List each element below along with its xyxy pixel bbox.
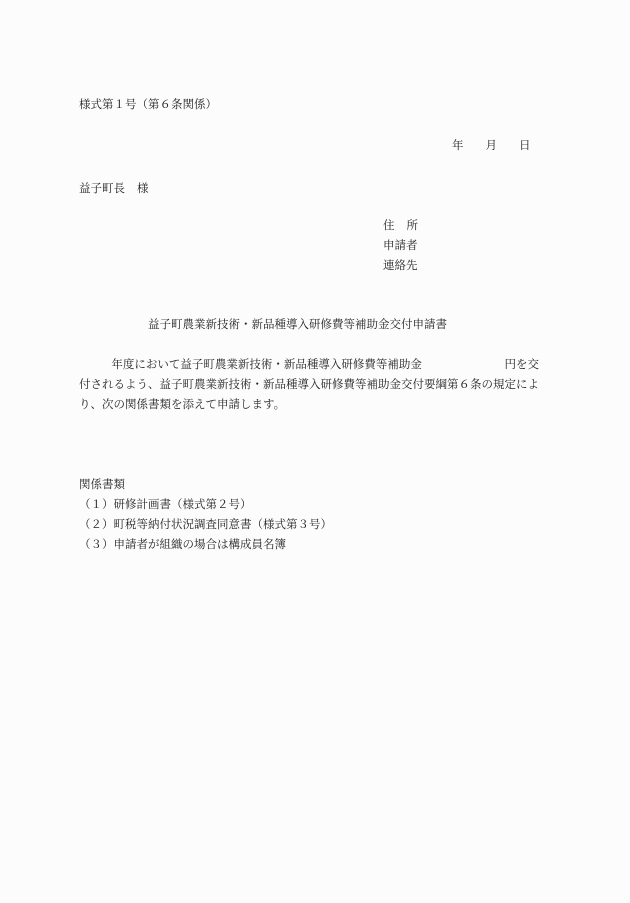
form-number: 様式第１号（第６条関係） xyxy=(79,94,217,114)
day-label: 日 xyxy=(519,135,531,155)
application-form-page: 様式第１号（第６条関係） 年月日 益子町長様 住所 申請者 連絡先 益子町農業新… xyxy=(0,0,630,903)
attachment-item: （３）申請者が組織の場合は構成員名簿 xyxy=(79,534,332,554)
body-line-1-text: 年度において益子町農業新技術・新品種導入研修費等補助金 xyxy=(111,354,422,374)
document-title: 益子町農業新技術・新品種導入研修費等補助金交付申請書 xyxy=(148,314,447,334)
attachments-section: 関係書類 （１）研修計画書（様式第２号） （２）町税等納付状況調査同意書（様式第… xyxy=(79,474,332,554)
address-label: 住所 xyxy=(383,215,430,235)
fiscal-year-blank xyxy=(79,354,111,374)
addressee: 益子町長様 xyxy=(79,178,149,198)
attachment-item: （１）研修計画書（様式第２号） xyxy=(79,494,332,514)
body-line-1-end: 円を交 xyxy=(505,354,540,374)
attachments-heading: 関係書類 xyxy=(79,474,332,494)
contact-label: 連絡先 xyxy=(383,255,430,275)
application-body: 年度において益子町農業新技術・新品種導入研修費等補助金 円を交 付されるよう、益… xyxy=(79,354,539,414)
amount-blank xyxy=(422,354,505,374)
addressee-name: 益子町長 xyxy=(79,181,125,195)
month-label: 月 xyxy=(486,135,498,155)
date-line: 年月日 xyxy=(452,135,531,155)
body-line-3: り、次の関係書類を添えて申請します。 xyxy=(79,394,539,414)
body-line-2: 付されるよう、益子町農業新技術・新品種導入研修費等補助金交付要綱第６条の規定によ xyxy=(79,374,539,394)
year-label: 年 xyxy=(452,135,464,155)
body-line-1: 年度において益子町農業新技術・新品種導入研修費等補助金 円を交 xyxy=(79,354,539,374)
attachment-item: （２）町税等納付状況調査同意書（様式第３号） xyxy=(79,514,332,534)
applicant-block: 住所 申請者 連絡先 xyxy=(383,215,430,275)
addressee-honorific: 様 xyxy=(137,181,149,195)
applicant-label: 申請者 xyxy=(383,235,430,255)
